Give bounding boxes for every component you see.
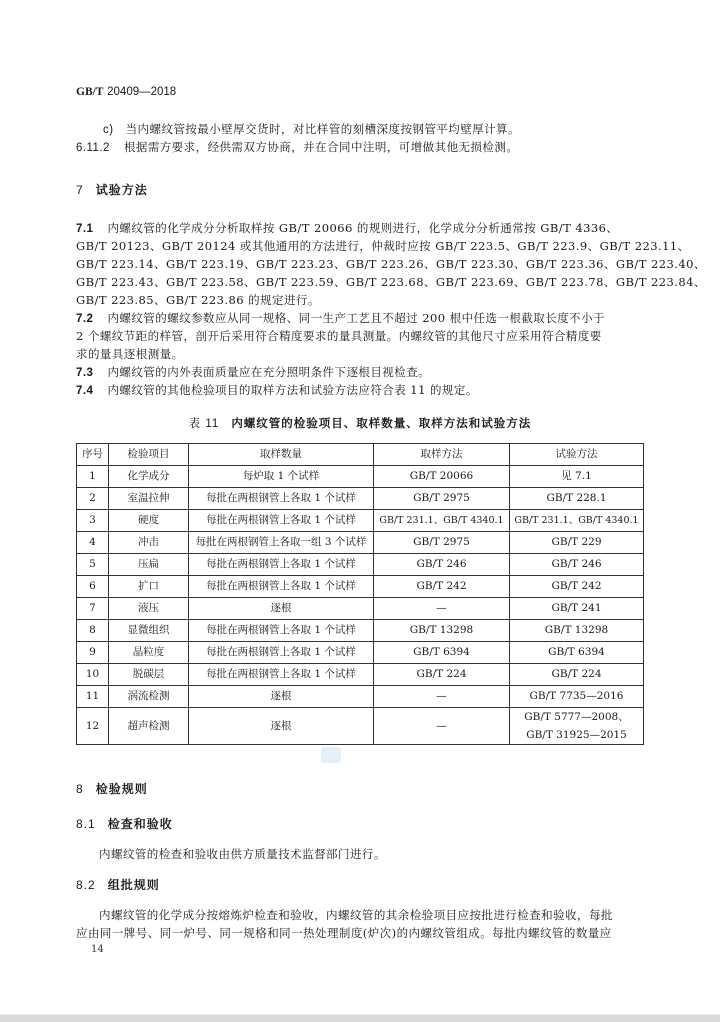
header-cell: 试验方法	[510, 444, 644, 466]
cell-sampling: GB/T 2975	[374, 532, 510, 554]
clause-8-2-line-2: 应由同一牌号、同一炉号、同一规格和同一热处理制度(炉次)的内螺纹管组成。每批内螺…	[76, 925, 612, 941]
clause-number: 7.2	[76, 313, 93, 325]
clause-6-11-2: 6.11.2 根据需方要求，经供需双方协商，并在合同中注明，可增做其他无损检测。	[76, 139, 518, 155]
table-row: 9 晶粒度 每批在两根钢管上各取 1 个试样 GB/T 6394 GB/T 63…	[77, 642, 644, 664]
clause-8-2-line-1: 内螺纹管的化学成分按熔炼炉检查和验收，内螺纹管的其余检验项目应按批进行检查和验收…	[99, 907, 613, 923]
section-number: 8	[76, 782, 84, 796]
clause-text: 内螺纹管的内外表面质量应在充分照明条件下逐根目视检查。	[107, 365, 430, 379]
cell-no: 7	[77, 598, 109, 620]
cell-quantity: 每批在两根钢管上各取 1 个试样	[189, 664, 374, 686]
inspection-table: 序号 检验项目 取样数量 取样方法 试验方法 1 化学成分 每炉取 1 个试样 …	[76, 443, 644, 745]
cell-test: GB/T 228.1	[510, 488, 644, 510]
cell-quantity: 每批在两根钢管上各取一组 3 个试样	[189, 532, 374, 554]
cell-quantity: 每批在两根钢管上各取 1 个试样	[189, 576, 374, 598]
cell-item: 晶粒度	[109, 642, 189, 664]
test-method-line: GB/T 31925—2015	[510, 726, 643, 744]
clause-8-1-text: 内螺纹管的检查和验收由供方质量技术监督部门进行。	[99, 846, 386, 862]
clause-7-2-line-1: 7.2 内螺纹管的螺纹参数应从同一规格、同一生产工艺且不超过 200 根中任选一…	[76, 310, 605, 326]
cell-quantity: 逐根	[189, 708, 374, 745]
cell-no: 1	[77, 466, 109, 488]
clause-number: 7.4	[76, 385, 93, 397]
clause-7-1-line-4: GB/T 223.43、GB/T 223.58、GB/T 223.59、GB/T…	[76, 274, 706, 290]
cell-item: 压扁	[109, 554, 189, 576]
cell-no: 12	[77, 708, 109, 745]
cell-no: 11	[77, 686, 109, 708]
section-7-heading: 7试验方法	[76, 181, 148, 198]
cell-no: 8	[77, 620, 109, 642]
cell-sampling: GB/T 20066	[374, 466, 510, 488]
cell-sampling: GB/T 246	[374, 554, 510, 576]
cell-test: GB/T 231.1、GB/T 4340.1	[510, 510, 644, 532]
table-title: 内螺纹管的检验项目、取样数量、取样方法和试验方法	[231, 416, 531, 430]
cell-no: 10	[77, 664, 109, 686]
cell-sampling: —	[374, 598, 510, 620]
test-method-line: GB/T 5777—2008、	[510, 708, 643, 726]
cell-quantity: 每批在两根钢管上各取 1 个试样	[189, 620, 374, 642]
table-row: 1 化学成分 每炉取 1 个试样 GB/T 20066 见 7.1	[77, 466, 644, 488]
clause-7-2-line-2: 2 个螺纹节距的样管，剖开后采用符合精度要求的量具测量。内螺纹管的其他尺寸应采用…	[76, 328, 602, 344]
cell-test: GB/T 5777—2008、 GB/T 31925—2015	[510, 708, 644, 745]
clause-7-3: 7.3 内螺纹管的内外表面质量应在充分照明条件下逐根目视检查。	[76, 364, 430, 380]
cell-item: 脱碳层	[109, 664, 189, 686]
cell-sampling: GB/T 224	[374, 664, 510, 686]
cell-item: 液压	[109, 598, 189, 620]
viewer-bottom-edge	[0, 1014, 720, 1022]
clause-7-1-line-1: 7.1 内螺纹管的化学成分分析取样按 GB/T 20066 的规则进行，化学成分…	[76, 220, 618, 236]
watermark-logo-icon	[321, 747, 341, 763]
cell-test: 见 7.1	[510, 466, 644, 488]
clause-7-1-line-2: GB/T 20123、GB/T 20124 或其他通用的方法进行，仲裁时应按 G…	[76, 238, 690, 254]
standard-number: 20409—2018	[107, 86, 176, 98]
table-row: 5 压扁 每批在两根钢管上各取 1 个试样 GB/T 246 GB/T 246	[77, 554, 644, 576]
table-number: 表 11	[189, 418, 220, 430]
header-cell: 取样数量	[189, 444, 374, 466]
clause-number: 7.3	[76, 367, 93, 379]
cell-test: GB/T 229	[510, 532, 644, 554]
cell-test: GB/T 246	[510, 554, 644, 576]
clause-number: 7.1	[76, 223, 93, 235]
cell-test: GB/T 224	[510, 664, 644, 686]
cell-sampling: GB/T 13298	[374, 620, 510, 642]
cell-sampling: GB/T 6394	[374, 642, 510, 664]
cell-test: GB/T 6394	[510, 642, 644, 664]
cell-sampling: GB/T 242	[374, 576, 510, 598]
cell-item: 室温拉伸	[109, 488, 189, 510]
table-row: 4 冲击 每批在两根钢管上各取一组 3 个试样 GB/T 2975 GB/T 2…	[77, 532, 644, 554]
cell-test: GB/T 242	[510, 576, 644, 598]
section-title: 试验方法	[96, 183, 148, 197]
clause-text: 内螺纹管的化学成分分析取样按 GB/T 20066 的规则进行，化学成分分析通常…	[107, 221, 618, 235]
section-title: 检验规则	[96, 782, 148, 796]
clause-number: 8.2	[76, 878, 96, 892]
clause-7-1-line-3: GB/T 223.14、GB/T 223.19、GB/T 223.23、GB/T…	[76, 256, 706, 272]
header-cell: 序号	[77, 444, 109, 466]
cell-no: 5	[77, 554, 109, 576]
section-8-heading: 8检验规则	[76, 780, 148, 797]
table-row: 11 涡流检测 逐根 — GB/T 7735—2016	[77, 686, 644, 708]
list-item-text: 当内螺纹管按最小壁厚交货时，对比样管的刻槽深度按钢管平均壁厚计算。	[126, 122, 520, 136]
clause-7-1-line-5: GB/T 223.85、GB/T 223.86 的规定进行。	[76, 292, 320, 308]
table-header-row: 序号 检验项目 取样数量 取样方法 试验方法	[77, 444, 644, 466]
table-row: 3 硬度 每批在两根钢管上各取 1 个试样 GB/T 231.1、GB/T 43…	[77, 510, 644, 532]
clause-7-2-line-3: 求的量具逐根测量。	[76, 346, 184, 362]
cell-item: 硬度	[109, 510, 189, 532]
cell-test: GB/T 241	[510, 598, 644, 620]
header-cell: 取样方法	[374, 444, 510, 466]
cell-no: 2	[77, 488, 109, 510]
cell-quantity: 每批在两根钢管上各取 1 个试样	[189, 554, 374, 576]
table-caption: 表 11内螺纹管的检验项目、取样数量、取样方法和试验方法	[76, 415, 644, 431]
cell-test: GB/T 7735—2016	[510, 686, 644, 708]
standard-prefix: GB/T	[76, 86, 103, 98]
cell-quantity: 每批在两根钢管上各取 1 个试样	[189, 642, 374, 664]
cell-item: 扩口	[109, 576, 189, 598]
clause-8-1-heading: 8.1检查和验收	[76, 815, 173, 832]
table-row: 6 扩口 每批在两根钢管上各取 1 个试样 GB/T 242 GB/T 242	[77, 576, 644, 598]
cell-sampling: —	[374, 686, 510, 708]
clause-8-2-heading: 8.2组批规则	[76, 876, 160, 893]
clause-number: 6.11.2	[76, 142, 110, 154]
cell-item: 显微组织	[109, 620, 189, 642]
table-row: 12 超声检测 逐根 — GB/T 5777—2008、 GB/T 31925—…	[77, 708, 644, 745]
cell-quantity: 每批在两根钢管上各取 1 个试样	[189, 488, 374, 510]
cell-quantity: 每批在两根钢管上各取 1 个试样	[189, 510, 374, 532]
clause-7-4: 7.4 内螺纹管的其他检验项目的取样方法和试验方法应符合表 11 的规定。	[76, 382, 478, 398]
cell-no: 3	[77, 510, 109, 532]
cell-item: 化学成分	[109, 466, 189, 488]
table-row: 2 室温拉伸 每批在两根钢管上各取 1 个试样 GB/T 2975 GB/T 2…	[77, 488, 644, 510]
clause-text: 根据需方要求，经供需双方协商，并在合同中注明，可增做其他无损检测。	[124, 140, 518, 154]
standard-header: GB/T 20409—2018	[76, 84, 176, 98]
cell-item: 超声检测	[109, 708, 189, 745]
clause-text: 内螺纹管的其他检验项目的取样方法和试验方法应符合表 11 的规定。	[107, 383, 477, 397]
cell-sampling: —	[374, 708, 510, 745]
cell-quantity: 逐根	[189, 686, 374, 708]
cell-item: 冲击	[109, 532, 189, 554]
list-item-c: c) 当内螺纹管按最小壁厚交货时，对比样管的刻槽深度按钢管平均壁厚计算。	[103, 121, 520, 137]
clause-title: 检查和验收	[108, 817, 173, 831]
table-row: 8 显微组织 每批在两根钢管上各取 1 个试样 GB/T 13298 GB/T …	[77, 620, 644, 642]
cell-item: 涡流检测	[109, 686, 189, 708]
table-row: 7 液压 逐根 — GB/T 241	[77, 598, 644, 620]
cell-sampling: GB/T 231.1、GB/T 4340.1	[374, 510, 510, 532]
list-item-label: c)	[103, 124, 113, 136]
header-cell: 检验项目	[109, 444, 189, 466]
clause-number: 8.1	[76, 817, 96, 831]
cell-quantity: 每炉取 1 个试样	[189, 466, 374, 488]
page-number: 14	[91, 944, 104, 955]
cell-quantity: 逐根	[189, 598, 374, 620]
cell-sampling: GB/T 2975	[374, 488, 510, 510]
cell-no: 9	[77, 642, 109, 664]
section-number: 7	[76, 183, 84, 197]
cell-test: GB/T 13298	[510, 620, 644, 642]
clause-text: 内螺纹管的螺纹参数应从同一规格、同一生产工艺且不超过 200 根中任选一根截取长…	[107, 311, 605, 325]
cell-no: 4	[77, 532, 109, 554]
table-row: 10 脱碳层 每批在两根钢管上各取 1 个试样 GB/T 224 GB/T 22…	[77, 664, 644, 686]
clause-title: 组批规则	[108, 878, 160, 892]
document-page: GB/T 20409—2018 c) 当内螺纹管按最小壁厚交货时，对比样管的刻槽…	[0, 0, 720, 1014]
cell-no: 6	[77, 576, 109, 598]
